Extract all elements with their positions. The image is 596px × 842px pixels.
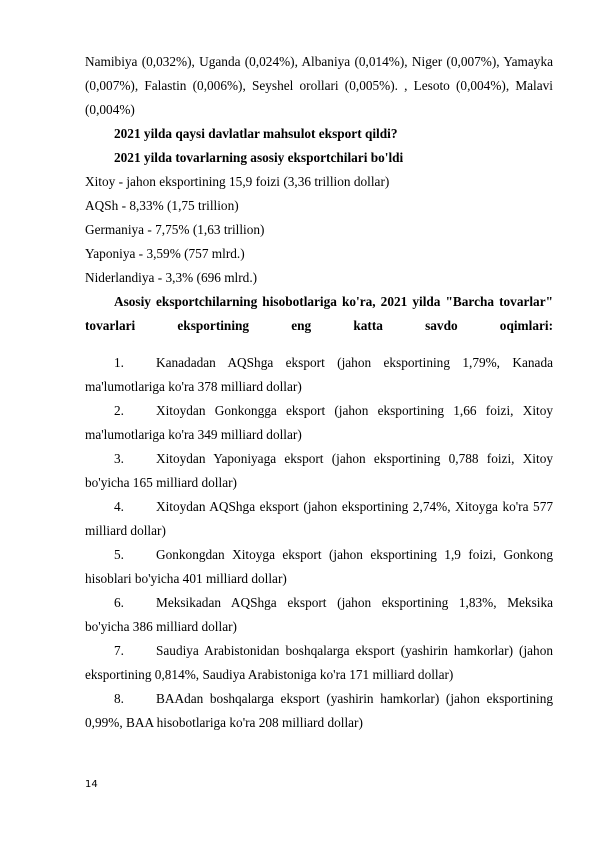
spacer <box>85 338 553 351</box>
heading-export-countries: 2021 yilda qaysi davlatlar mahsulot eksp… <box>85 122 553 146</box>
list-text: Xitoydan AQShga eksport (jahon eksportin… <box>85 499 553 538</box>
list-number: 2. <box>114 399 156 423</box>
list-text: Kanadadan AQShga eksport (jahon eksporti… <box>85 355 553 394</box>
list-text: Saudiya Arabistonidan boshqalarga ekspor… <box>85 643 553 682</box>
exporter-line: Xitoy - jahon eksportining 15,9 foizi (3… <box>85 170 553 194</box>
exporter-line: Germaniya - 7,75% (1,63 trillion) <box>85 218 553 242</box>
list-number: 8. <box>114 687 156 711</box>
heading-main-exporters: 2021 yilda tovarlarning asosiy eksportch… <box>85 146 553 170</box>
list-number: 1. <box>114 351 156 375</box>
list-number: 3. <box>114 447 156 471</box>
trade-flow-item: 1.Kanadadan AQShga eksport (jahon ekspor… <box>85 351 553 399</box>
trade-flow-item: 5.Gonkongdan Xitoyga eksport (jahon eksp… <box>85 543 553 591</box>
list-number: 6. <box>114 591 156 615</box>
intro-paragraph: Namibiya (0,032%), Uganda (0,024%), Alba… <box>85 50 553 122</box>
document-page: Namibiya (0,032%), Uganda (0,024%), Alba… <box>85 50 553 735</box>
list-number: 5. <box>114 543 156 567</box>
list-text: Xitoydan Yaponiyaga eksport (jahon ekspo… <box>85 451 553 490</box>
trade-flow-item: 8.BAAdan boshqalarga eksport (yashirin h… <box>85 687 553 735</box>
list-number: 7. <box>114 639 156 663</box>
list-text: Gonkongdan Xitoyga eksport (jahon ekspor… <box>85 547 553 586</box>
trade-flow-item: 3.Xitoydan Yaponiyaga eksport (jahon eks… <box>85 447 553 495</box>
exporter-line: Yaponiya - 3,59% (757 mlrd.) <box>85 242 553 266</box>
page-number: 14 <box>85 779 98 790</box>
trade-flows-heading: Asosiy eksportchilarning hisobotlariga k… <box>85 290 553 338</box>
list-number: 4. <box>114 495 156 519</box>
exporter-line: Niderlandiya - 3,3% (696 mlrd.) <box>85 266 553 290</box>
list-text: Xitoydan Gonkongga eksport (jahon ekspor… <box>85 403 553 442</box>
trade-flow-item: 4.Xitoydan AQShga eksport (jahon eksport… <box>85 495 553 543</box>
trade-flow-item: 6.Meksikadan AQShga eksport (jahon ekspo… <box>85 591 553 639</box>
exporter-line: AQSh - 8,33% (1,75 trillion) <box>85 194 553 218</box>
list-text: BAAdan boshqalarga eksport (yashirin ham… <box>85 691 553 730</box>
trade-flow-item: 2.Xitoydan Gonkongga eksport (jahon eksp… <box>85 399 553 447</box>
list-text: Meksikadan AQShga eksport (jahon eksport… <box>85 595 553 634</box>
trade-flow-item: 7.Saudiya Arabistonidan boshqalarga eksp… <box>85 639 553 687</box>
